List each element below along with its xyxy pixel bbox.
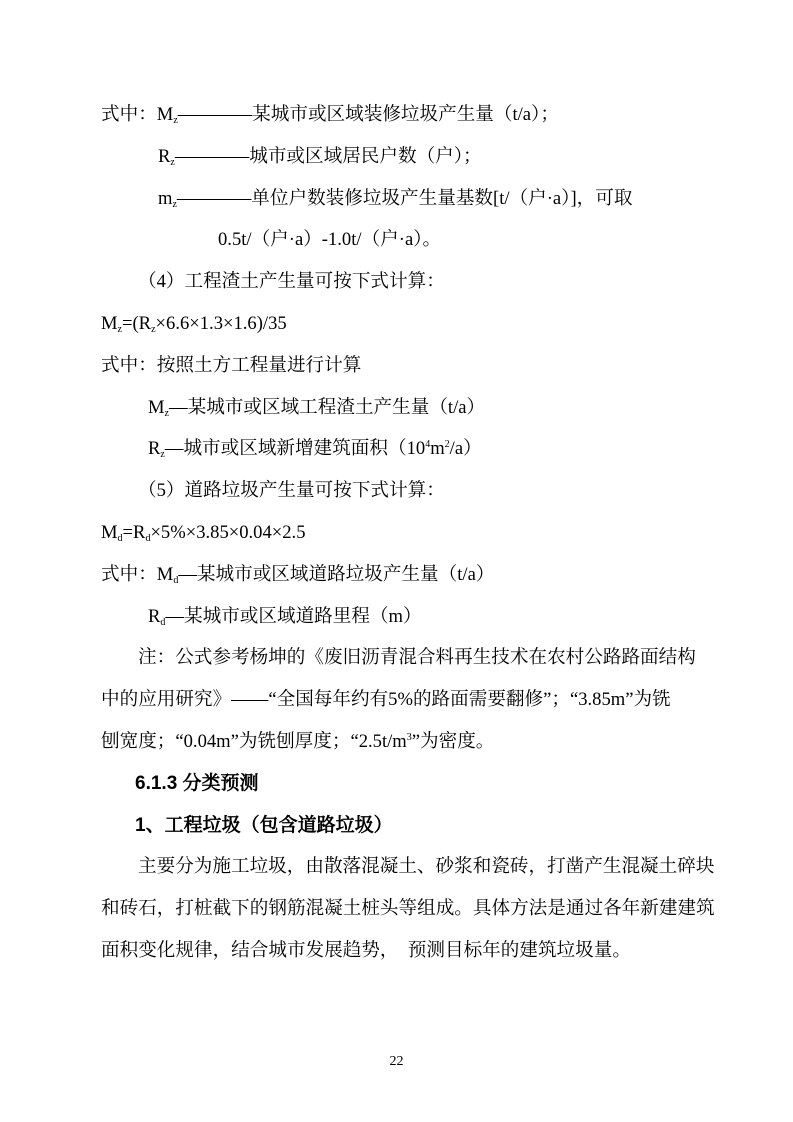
text-segment: ×6.6×1.3×1.6)/35 <box>156 313 287 334</box>
text-segment: 式中：M <box>101 564 173 585</box>
text-segment: m <box>430 438 444 459</box>
text-segment: 式中：按照土方工程量进行计算 <box>101 355 361 376</box>
text-segment: R <box>148 606 160 627</box>
text-line-10: （5）道路垃圾产生量可按下式计算： <box>101 470 721 512</box>
document-page: 式中：Mz————某城市或区域装修垃圾产生量（t/a）；Rz————城市或区域居… <box>0 0 793 1122</box>
text-line-8: Mz—某城市或区域工程渣土产生量（t/a） <box>101 387 721 429</box>
text-segment: 和砖石，打桩截下的钢筋混凝土桩头等组成。具体方法是通过各年新建建筑 <box>101 898 715 919</box>
text-segment: 0.5t/（户·a）-1.0t/（户·a）。 <box>218 229 441 250</box>
text-segment: 1、工程垃圾（包含道路垃圾） <box>135 815 393 836</box>
text-segment: 面积变化规律，结合城市发展趋势， 预测目标年的建筑垃圾量。 <box>101 940 631 961</box>
text-segment: /a） <box>450 438 482 459</box>
text-segment: 中的应用研究》——“全国每年约有5%的路面需要翻修”；“3.85m”为铣 <box>101 689 671 710</box>
text-line-6: Mz=(Rz×6.6×1.3×1.6)/35 <box>101 303 721 345</box>
text-line-4: 0.5t/（户·a）-1.0t/（户·a）。 <box>101 219 721 261</box>
text-segment: —城市或区域新增建筑面积（10 <box>165 438 425 459</box>
text-line-1: 式中：Mz————某城市或区域装修垃圾产生量（t/a）； <box>101 94 721 136</box>
text-segment: 刨宽度；“0.04m”为铣刨厚度；“2.5t/m <box>101 731 407 752</box>
text-segment: M <box>101 313 118 334</box>
text-line-13: Rd—某城市或区域道路里程（m） <box>101 596 721 638</box>
text-line-5: （4）工程渣土产生量可按下式计算： <box>101 261 721 303</box>
text-segment: ————城市或区域居民户数（户）； <box>175 146 482 167</box>
text-segment: m <box>158 188 172 209</box>
text-segment: —某城市或区域道路里程（m） <box>165 606 421 627</box>
text-segment: ×5%×3.85×0.04×2.5 <box>150 522 305 543</box>
text-line-16: 刨宽度；“0.04m”为铣刨厚度；“2.5t/m3”为密度。 <box>101 721 721 763</box>
text-segment: （5）道路垃圾产生量可按下式计算： <box>138 480 445 501</box>
text-line-15: 中的应用研究》——“全国每年约有5%的路面需要翻修”；“3.85m”为铣 <box>101 679 721 721</box>
text-segment: =R <box>123 522 146 543</box>
text-line-12: 式中：Md—某城市或区域道路垃圾产生量（t/a） <box>101 554 721 596</box>
document-body: 式中：Mz————某城市或区域装修垃圾产生量（t/a）；Rz————城市或区域居… <box>101 94 721 972</box>
text-segment: R <box>148 438 160 459</box>
text-line-21: 面积变化规律，结合城市发展趋势， 预测目标年的建筑垃圾量。 <box>101 930 721 972</box>
text-segment: 注：公式参考杨坤的《废旧沥青混合料再生技术在农村公路路面结构 <box>138 647 696 668</box>
text-line-19: 主要分为施工垃圾，由散落混凝土、砂浆和瓷砖，打凿产生混凝土碎块 <box>101 846 721 888</box>
text-line-7: 式中：按照土方工程量进行计算 <box>101 345 721 387</box>
text-segment: ————某城市或区域装修垃圾产生量（t/a）； <box>178 104 559 125</box>
text-line-11: Md=Rd×5%×3.85×0.04×2.5 <box>101 512 721 554</box>
text-segment: ”为密度。 <box>412 731 495 752</box>
text-segment: ————单位户数装修垃圾产生量基数[t/（户·a）]，可取 <box>177 188 633 209</box>
text-segment: M <box>148 397 165 418</box>
text-segment: 6.1.3 分类预测 <box>135 773 259 794</box>
text-line-20: 和砖石，打桩截下的钢筋混凝土桩头等组成。具体方法是通过各年新建建筑 <box>101 888 721 930</box>
text-segment: 式中：M <box>101 104 173 125</box>
text-segment: M <box>101 522 118 543</box>
text-line-9: Rz—城市或区域新增建筑面积（104m2/a） <box>101 428 721 470</box>
text-line-18: 1、工程垃圾（包含道路垃圾） <box>101 805 721 847</box>
text-line-2: Rz————城市或区域居民户数（户）； <box>101 136 721 178</box>
text-segment: =(R <box>122 313 151 334</box>
text-segment: R <box>158 146 170 167</box>
text-line-14: 注：公式参考杨坤的《废旧沥青混合料再生技术在农村公路路面结构 <box>101 637 721 679</box>
text-segment: （4）工程渣土产生量可按下式计算： <box>138 271 445 292</box>
text-segment: —某城市或区域道路垃圾产生量（t/a） <box>178 564 494 585</box>
text-segment: 主要分为施工垃圾，由散落混凝土、砂浆和瓷砖，打凿产生混凝土碎块 <box>138 856 714 877</box>
text-segment: —某城市或区域工程渣土产生量（t/a） <box>169 397 485 418</box>
page-number: 22 <box>390 1054 404 1069</box>
text-line-3: mz————单位户数装修垃圾产生量基数[t/（户·a）]，可取 <box>101 178 721 220</box>
text-line-17: 6.1.3 分类预测 <box>101 763 721 805</box>
page-footer: 22 <box>0 1054 793 1070</box>
